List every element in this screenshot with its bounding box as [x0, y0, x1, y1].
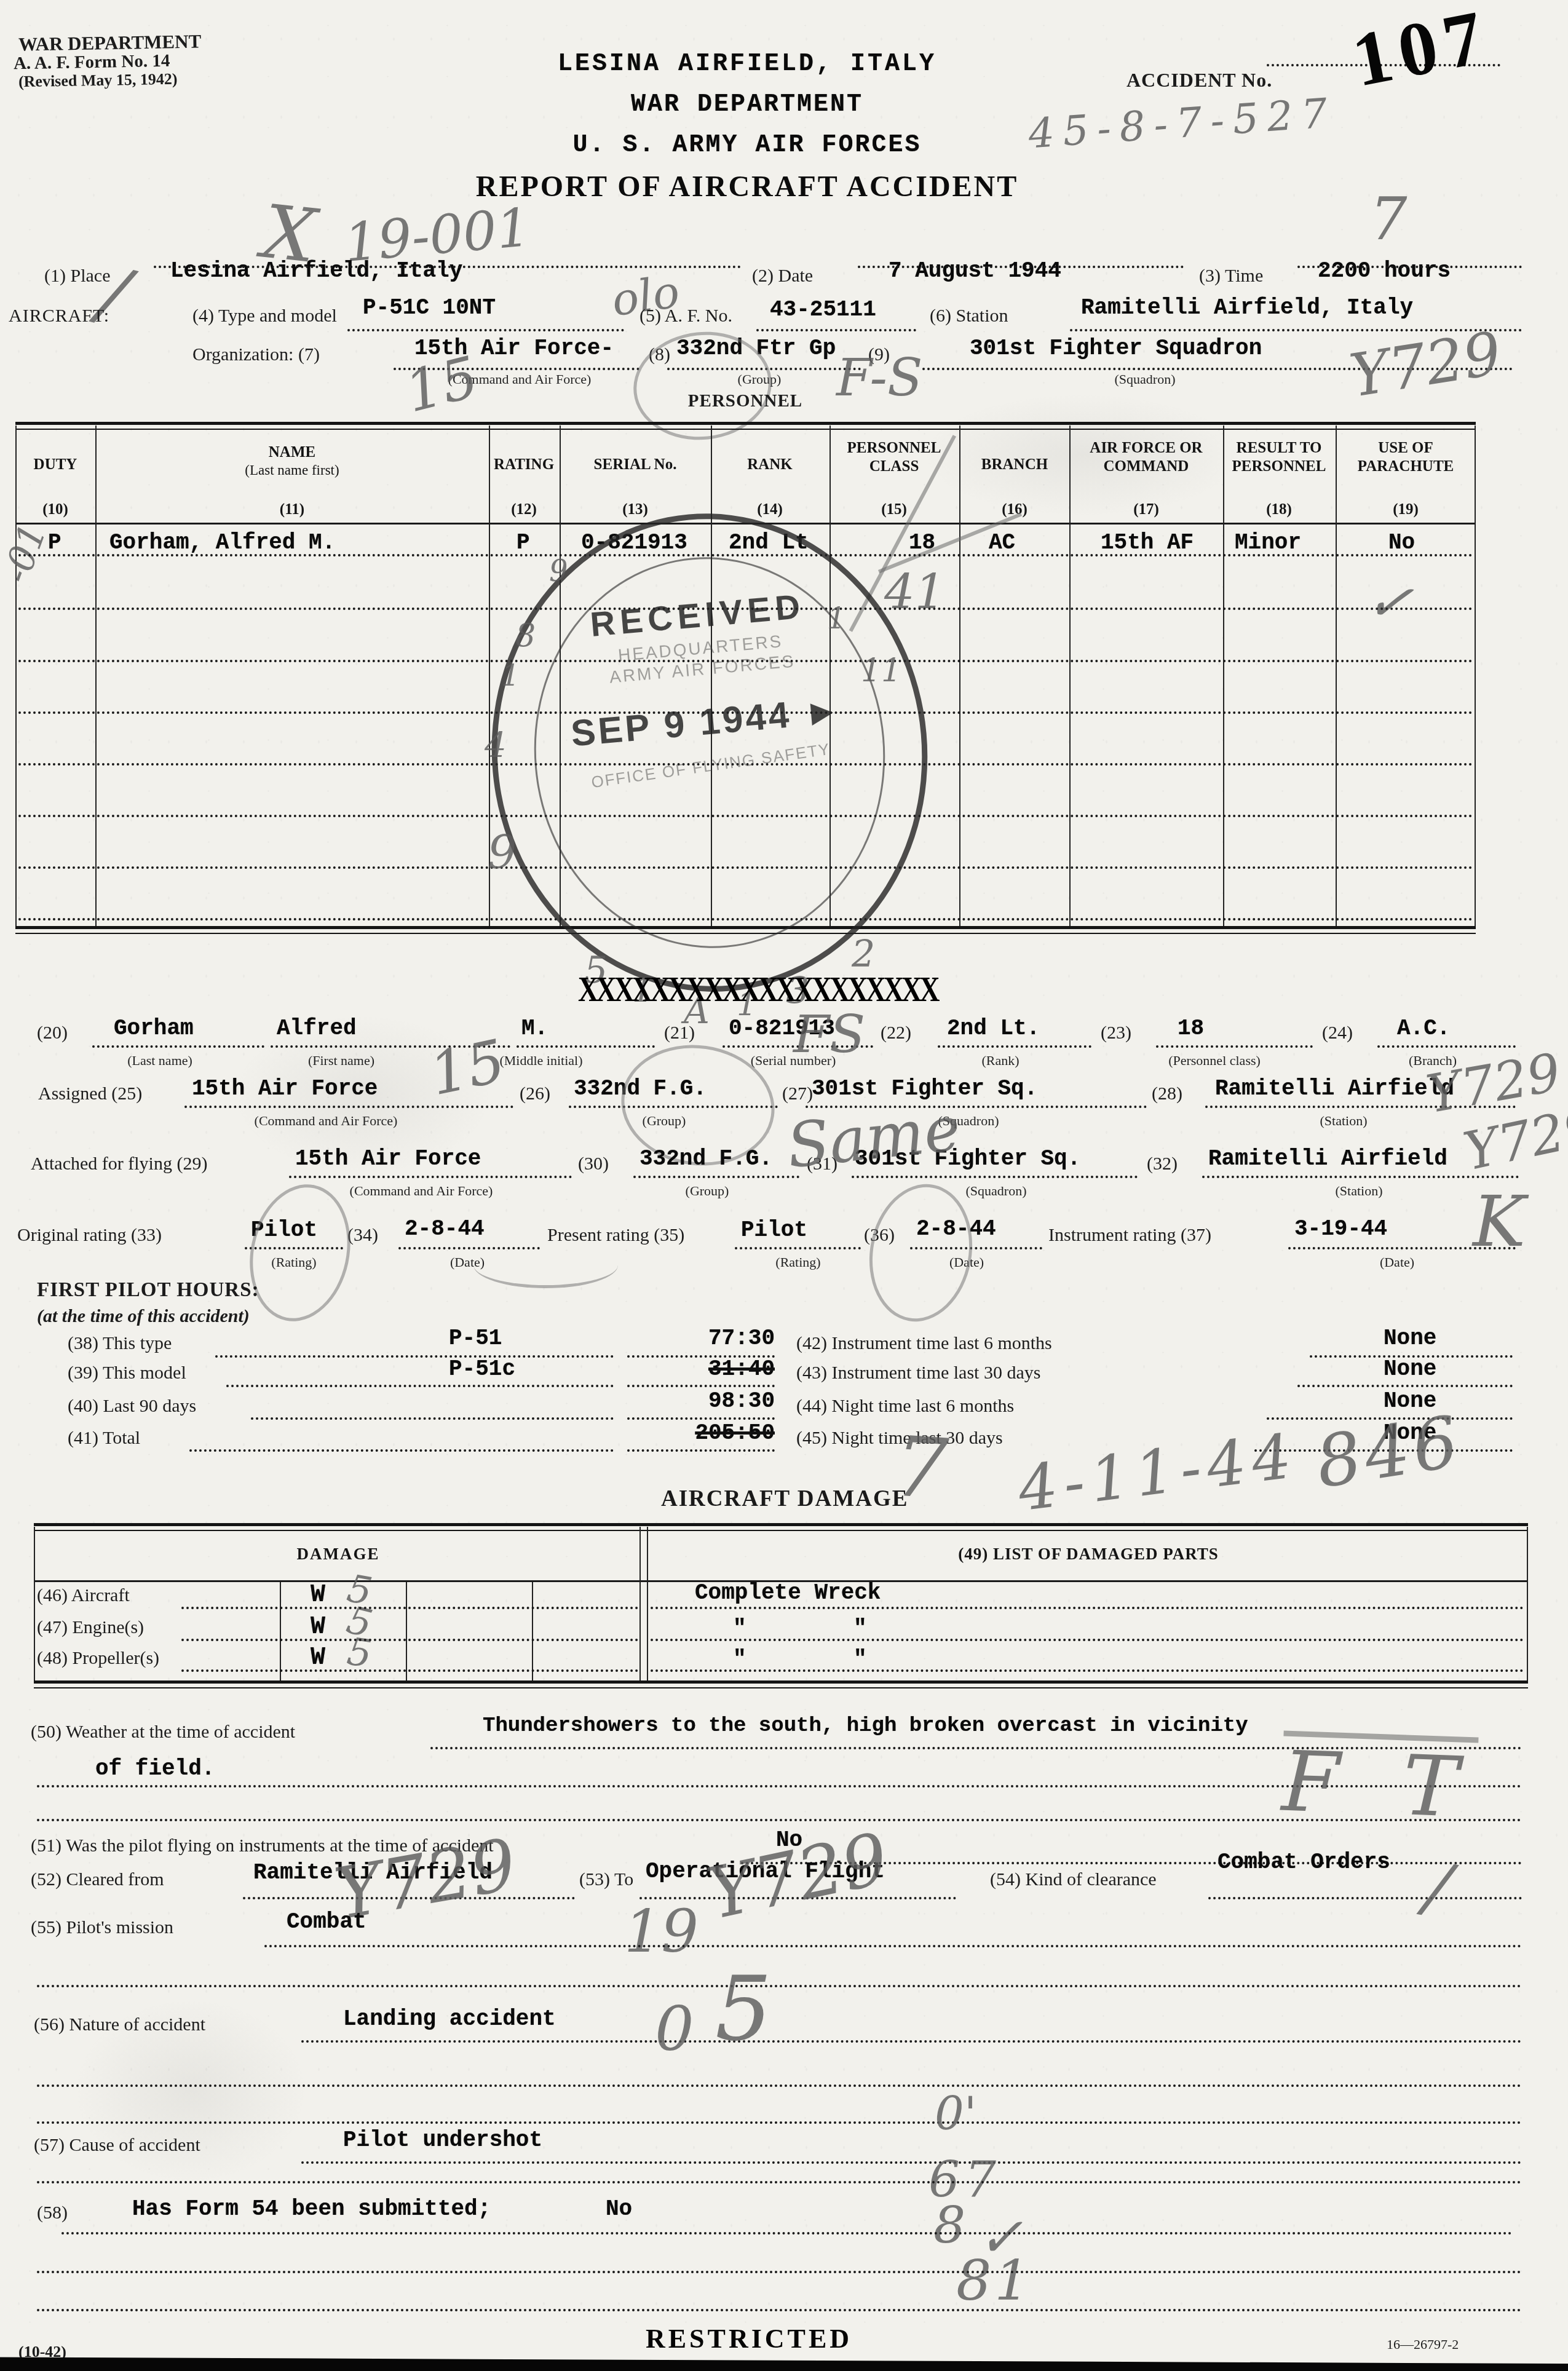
n20: (20): [37, 1023, 68, 1043]
date-line: [858, 266, 1184, 268]
damage-pencil-7: 7: [892, 1425, 950, 1511]
last-name: Gorham: [114, 1016, 194, 1041]
org-squadron: 301st Fighter Squadron: [970, 336, 1262, 361]
time-line: [1297, 266, 1522, 268]
date-label: (2) Date: [752, 266, 813, 287]
col-class-2: CLASS: [869, 458, 919, 476]
n26: (26): [520, 1083, 550, 1104]
h42-value: None: [1384, 1326, 1436, 1351]
stamp-pencil-digit: 1: [501, 661, 520, 691]
damage-table-top: [34, 1523, 1528, 1531]
q50-line1: Thundershowers to the south, high broken…: [483, 1714, 1248, 1738]
damage-list-value: Complete Wreck: [695, 1580, 881, 1605]
org-pencil-y729: Y729: [1346, 323, 1505, 405]
personnel-table-vline: [959, 426, 960, 926]
attached-station-sub: (Station): [1336, 1183, 1383, 1199]
assigned-station: Ramitelli Airfield: [1215, 1076, 1454, 1101]
n28: (28): [1152, 1083, 1182, 1104]
sub-last: (Last name): [127, 1053, 192, 1069]
n30: (30): [578, 1154, 609, 1174]
h38-entry: P-51: [449, 1326, 502, 1351]
ratings-rule: [735, 1247, 861, 1249]
damage-ditto: ": [853, 1647, 867, 1672]
q57-value: Pilot undershot: [343, 2128, 542, 2153]
col-num: (19): [1393, 501, 1419, 519]
stamp-pencil-digit: 9: [488, 830, 517, 876]
accident-no-stamp: 107: [1345, 0, 1497, 105]
h39-entry: P-51c: [449, 1356, 515, 1382]
place-line: [154, 266, 741, 268]
h38-label: (38) This type: [68, 1333, 172, 1354]
h38-rule: [215, 1355, 614, 1358]
org-label: Organization: (7): [192, 344, 320, 365]
date-value: 7 August 1944: [889, 258, 1061, 283]
restricted-marking: RESTRICTED: [646, 2323, 852, 2354]
h39-rule: [226, 1385, 614, 1387]
d46-mark: W: [311, 1581, 325, 1609]
accident-report-page: WAR DEPARTMENT A. A. F. Form No. 14 (Rev…: [0, 0, 1568, 2371]
attached-pencil-same: Same: [785, 1098, 964, 1178]
q55-value: Combat: [287, 1909, 366, 1934]
orig-date-pencil-arc: [473, 1242, 618, 1288]
org-pencil-15: 15: [400, 349, 484, 421]
assigned-rule: [184, 1106, 513, 1108]
time-label: (3) Time: [1199, 266, 1263, 287]
inst-date: 3-19-44: [1294, 1216, 1387, 1241]
header-station: LESINA AIRFIELD, ITALY: [558, 50, 936, 78]
q57-pencil: 81: [956, 2254, 1033, 2309]
row-branch: AC: [989, 530, 1015, 555]
damage-row-rule: [651, 1639, 1524, 1641]
d48-label: (48) Propeller(s): [37, 1648, 159, 1669]
h40-rule2: [627, 1417, 775, 1420]
orig-date: 2-8-44: [405, 1216, 485, 1241]
page-title: REPORT OF AIRCRAFT ACCIDENT: [476, 170, 1019, 204]
spare-rule: [37, 1819, 1522, 1821]
q55-rule: [264, 1945, 1522, 1947]
type-label: (4) Type and model: [192, 306, 337, 327]
pencil-margin-01: -01: [0, 519, 52, 587]
row-result: Minor: [1235, 530, 1301, 555]
type-line: [347, 329, 624, 331]
attached-command-sub: (Command and Air Force): [350, 1183, 493, 1199]
header-dept: WAR DEPARTMENT: [631, 91, 863, 119]
sub-class: (Personnel class): [1168, 1053, 1261, 1069]
n24: (24): [1322, 1023, 1353, 1043]
class-20: 18: [1178, 1016, 1204, 1041]
personnel-table-vline: [1223, 426, 1224, 926]
q52-pencil-19: 19: [624, 1903, 699, 1961]
q58-text: Has Form 54 been submitted;: [132, 2196, 491, 2222]
h43-rule: [1297, 1385, 1513, 1387]
place-value: Lesina Airfield, Italy: [170, 258, 462, 283]
inst-date-sub: (Date): [1380, 1254, 1414, 1270]
header-forces: U. S. ARMY AIR FORCES: [572, 132, 921, 159]
h40-value: 98:30: [652, 1388, 775, 1414]
pres-rating: Pilot: [741, 1217, 807, 1243]
h42-label: (42) Instrument time last 6 months: [796, 1333, 1052, 1354]
spare-rule: [37, 2121, 1522, 2124]
stamp-pencil-digit: 2: [852, 936, 875, 973]
time-pencil: 7: [1370, 191, 1407, 249]
line20-rule: [92, 1045, 264, 1048]
col-command: AIR FORCE OR: [1090, 440, 1202, 457]
h39-value: 31:40: [652, 1356, 775, 1382]
personnel-title: PERSONNEL: [688, 391, 802, 411]
n32: (32): [1147, 1154, 1178, 1174]
q52-to-label: (53) To: [579, 1869, 633, 1890]
q57-pencil: 0': [935, 2091, 976, 2137]
scan-edge-band: [0, 2353, 1568, 2371]
h41-value: 205:50: [643, 1420, 775, 1446]
form-revision: (Revised May 15, 1942): [18, 70, 178, 92]
middle-initial: M.: [521, 1016, 548, 1041]
damage-row-rule: [181, 1669, 638, 1672]
col-command-2: COMMAND: [1104, 458, 1189, 476]
col-num: (15): [881, 501, 907, 519]
q56-pencil-0: 0: [655, 1998, 694, 2060]
stamp-pencil-digit: 8: [515, 620, 536, 652]
col-branch: BRANCH: [981, 456, 1048, 474]
damage-row-rule: [181, 1607, 638, 1609]
damage-list-label: (49) LIST OF DAMAGED PARTS: [958, 1545, 1219, 1564]
time-value: 2200 hours: [1318, 258, 1451, 283]
col-name: NAME: [269, 444, 315, 462]
col-parachute-2: PARACHUTE: [1358, 458, 1454, 476]
col-num: (13): [622, 501, 648, 519]
afno-line: [756, 329, 916, 331]
col-num: (10): [42, 501, 68, 519]
attached-rule: [289, 1176, 572, 1178]
col-result: RESULT TO: [1237, 440, 1322, 457]
ratings-pencil-k: K: [1473, 1187, 1526, 1257]
d47-label: (47) Engine(s): [37, 1617, 144, 1638]
hours-title: FIRST PILOT HOURS:: [37, 1279, 259, 1302]
attached-rule: [852, 1176, 1138, 1178]
n23: (23): [1101, 1023, 1131, 1043]
spare-rule: [37, 2084, 1522, 2087]
first-name: Alfred: [277, 1016, 357, 1041]
q56-rule: [301, 2040, 1522, 2043]
aircraft-section-label: AIRCRAFT:: [9, 306, 109, 327]
damage-ditto: ": [733, 1616, 746, 1641]
stamp-pencil-digit: 9: [549, 556, 568, 586]
personnel-table-vline: [1069, 426, 1071, 926]
col-rating: RATING: [494, 456, 554, 474]
attached-group: 332nd F.G.: [639, 1146, 772, 1171]
q56-value: Landing accident: [343, 2006, 556, 2032]
q57-rule: [301, 2161, 1522, 2164]
col-serial: SERIAL No.: [594, 456, 677, 474]
assigned-pencil-fs: FS: [793, 1008, 865, 1061]
damage-pencil-846: 846: [1311, 1406, 1467, 1499]
damage-col-label: DAMAGE: [297, 1545, 380, 1564]
assigned-label: Assigned (25): [38, 1083, 142, 1104]
assigned-command: 15th Air Force: [192, 1076, 378, 1101]
sub-rank: (Rank): [981, 1053, 1019, 1069]
station-value: Ramitelli Airfield, Italy: [1081, 295, 1413, 320]
hours-subtitle: (at the time of this accident): [37, 1306, 250, 1327]
attached-station: Ramitelli Airfield: [1208, 1146, 1447, 1171]
assigned-station-sub: (Station): [1320, 1113, 1368, 1129]
damage-vline-sub: [532, 1582, 533, 1680]
attached-label: Attached for flying (29): [31, 1154, 207, 1174]
damage-row-rule: [181, 1639, 638, 1641]
col-num: (17): [1133, 501, 1159, 519]
h41-rule: [189, 1449, 614, 1452]
q56-label: (56) Nature of accident: [34, 2014, 205, 2035]
q52-kind-rule: [1208, 1897, 1522, 1899]
h39-label: (39) This model: [68, 1363, 186, 1383]
row-command: 15th AF: [1101, 530, 1194, 555]
stamp-pencil-digit: 11: [861, 655, 901, 687]
line20-rule: [517, 1045, 655, 1048]
q58-num: (58): [37, 2203, 68, 2223]
attached-rule: [633, 1176, 799, 1178]
col-num: (18): [1266, 501, 1292, 519]
damage-vline-sub: [406, 1582, 407, 1680]
spare-rule: [37, 2309, 1522, 2311]
assigned-pencil-15: 15: [425, 1032, 510, 1104]
n21: (21): [664, 1023, 695, 1043]
damage-vline-center: [639, 1527, 641, 1680]
q57-label: (57) Cause of accident: [34, 2135, 200, 2156]
h39-rule2: [627, 1385, 775, 1387]
damage-table-bottom: [34, 1680, 1528, 1688]
q52-pencil-y729b: Y729: [702, 1824, 894, 1931]
damage-pencil-date: 4-11-44: [1015, 1425, 1301, 1521]
line20-rule: [938, 1045, 1091, 1048]
stamp-pencil-digit: 1: [827, 604, 846, 633]
attached-squadron-sub: (Squadron): [966, 1183, 1027, 1199]
n34: (34): [347, 1225, 378, 1246]
q50-pencil-ft: F T: [1280, 1731, 1478, 1830]
personnel-table-vline: [1336, 426, 1337, 926]
damage-ditto: ": [733, 1647, 746, 1672]
damage-row-rule: [651, 1669, 1524, 1672]
spare-rule: [37, 2271, 1522, 2273]
d48-mark: W: [311, 1644, 325, 1672]
h43-value: None: [1384, 1356, 1436, 1382]
sub-mi: (Middle initial): [499, 1053, 582, 1069]
row-name: Gorham, Alfred M.: [109, 530, 335, 555]
row-parachute: No: [1388, 530, 1415, 555]
accident-no-label: ACCIDENT No.: [1127, 69, 1272, 92]
row-rating: P: [517, 530, 530, 555]
station-label: (6) Station: [930, 306, 1008, 327]
col-name-sub: (Last name first): [245, 462, 339, 478]
col-duty: DUTY: [34, 456, 77, 474]
col-num: (11): [280, 501, 304, 519]
damage-heading: AIRCRAFT DAMAGE: [661, 1486, 908, 1512]
h40-rule: [251, 1417, 614, 1420]
damage-row-rule: [651, 1607, 1524, 1609]
personnel-table-vline: [15, 426, 17, 926]
q55-label: (55) Pilot's mission: [31, 1917, 173, 1938]
orig-rating-label: Original rating (33): [17, 1225, 162, 1246]
attached-command: 15th Air Force: [295, 1146, 481, 1171]
place-label: (1) Place: [44, 266, 110, 287]
q58-value: No: [606, 2196, 632, 2222]
pres-rating-sub: (Rating): [775, 1254, 820, 1270]
org-squadron-sub: (Squadron): [1115, 371, 1176, 387]
q50-line2: of field.: [95, 1756, 215, 1781]
line20-rule: [1156, 1045, 1313, 1048]
branch-20: A.C.: [1397, 1016, 1450, 1041]
n22: (22): [881, 1023, 911, 1043]
col-rank: RANK: [747, 456, 793, 474]
col-num: (14): [757, 501, 783, 519]
q56-pencil-5: 5: [715, 1965, 772, 2054]
stamp-pencil-digit: 4: [485, 729, 507, 763]
h41-label: (41) Total: [68, 1428, 140, 1449]
line20-rule: [1377, 1045, 1516, 1048]
q52-kind: Combat Orders: [1218, 1850, 1390, 1875]
col-num: (12): [511, 501, 537, 519]
assigned-command-sub: (Command and Air Force): [255, 1113, 398, 1129]
q52-label: (52) Cleared from: [31, 1869, 164, 1890]
personnel-table-top: [15, 422, 1476, 430]
d47-mark: W: [311, 1613, 325, 1641]
accident-no-pencil: 45-8-7-527: [1027, 93, 1337, 155]
type-value: P-51C 10NT: [363, 295, 496, 320]
stamp-arrow-icon: ►: [802, 689, 844, 734]
h43-label: (43) Instrument time last 30 days: [796, 1363, 1040, 1383]
q52-kind-label: (54) Kind of clearance: [990, 1869, 1157, 1890]
q57-pencil: 8: [933, 2201, 965, 2252]
orig-rating-pencil-circle: [237, 1175, 362, 1331]
q58-rule: [61, 2232, 1513, 2234]
col-result-2: PERSONNEL: [1232, 458, 1326, 476]
h41-rule2: [627, 1449, 775, 1452]
damage-vline-right: [1527, 1527, 1528, 1680]
d46-label: (46) Aircraft: [37, 1585, 130, 1606]
n27: (27): [782, 1083, 813, 1104]
h44-label: (44) Night time last 6 months: [796, 1396, 1014, 1417]
q50-label: (50) Weather at the time of accident: [31, 1722, 295, 1743]
afno-label: (5) A. F. No.: [639, 306, 732, 327]
pres-rating-pencil-circle: [859, 1176, 983, 1329]
h40-label: (40) Last 90 days: [68, 1396, 196, 1417]
spare-rule: [37, 1985, 1522, 1987]
damage-vline-left: [34, 1527, 35, 1680]
attached-group-sub: (Group): [686, 1183, 729, 1199]
col-class: PERSONNEL: [847, 440, 941, 457]
inst-rating-label: Instrument rating (37): [1048, 1225, 1211, 1246]
col-parachute: USE OF: [1378, 440, 1433, 457]
org-pencil-fs: F-S: [836, 352, 922, 403]
personnel-table-vline: [95, 426, 97, 926]
personnel-table-vline: [1475, 426, 1476, 926]
h38-value: 77:30: [652, 1326, 775, 1351]
damage-ditto: ": [853, 1616, 867, 1641]
footer-print-code: 16—26797-2: [1387, 2337, 1459, 2353]
redaction-bar: XXXXXXXXXXXXXXXXXXXX: [578, 968, 937, 1009]
afno-value: 43-25111: [770, 297, 876, 322]
pencil-check: ✓: [1363, 572, 1416, 633]
rank-20: 2nd Lt.: [947, 1016, 1040, 1041]
damage-vline-sub: [280, 1582, 281, 1680]
spare-rule: [37, 2181, 1522, 2183]
sub-first: (First name): [308, 1053, 374, 1069]
damage-vline-center2: [647, 1527, 648, 1680]
